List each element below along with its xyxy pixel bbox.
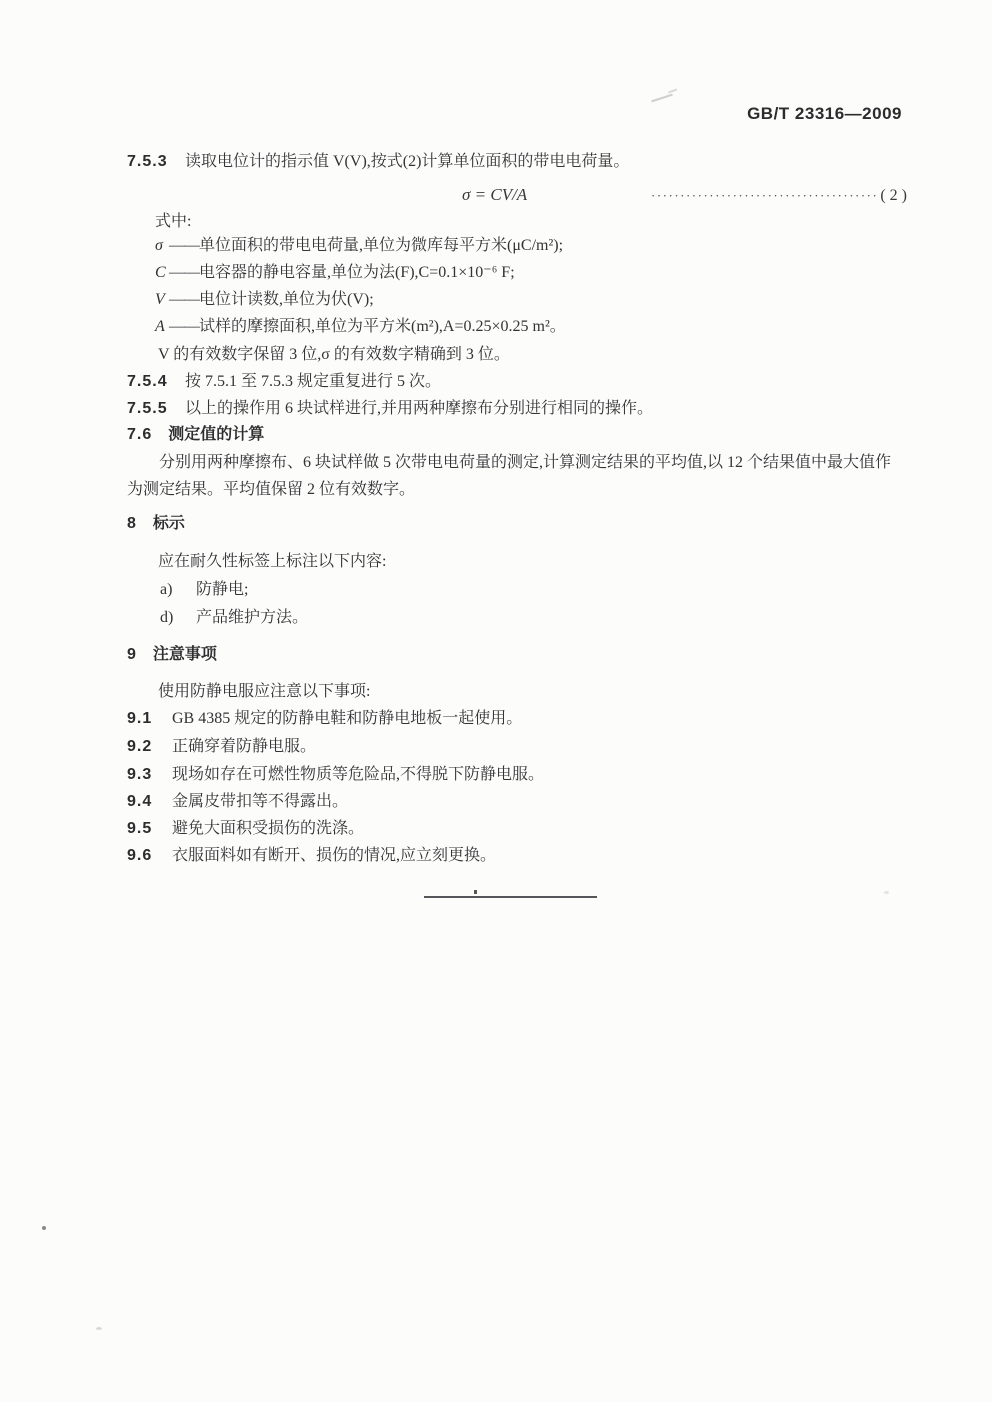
clause-9-2: 9.2正确穿着防静电服。	[127, 733, 907, 760]
clause-number: 9.6	[127, 842, 172, 869]
list-item-text: 防静电;	[196, 581, 248, 598]
list-item-label: d)	[160, 604, 196, 631]
term-voltage: V——电位计读数,单位为伏(V);	[127, 286, 907, 313]
clause-text: 按 7.5.1 至 7.5.3 规定重复进行 5 次。	[185, 373, 441, 390]
clause-9-4: 9.4金属皮带扣等不得露出。	[127, 788, 907, 815]
clause-number: 7.5.3	[127, 148, 173, 175]
clause-number: 7.5.5	[127, 395, 173, 422]
clause-text: 避免大面积受损伤的洗涤。	[172, 820, 364, 837]
clause-9-1: 9.1GB 4385 规定的防静电鞋和防静电地板一起使用。	[127, 705, 907, 732]
term-dash: ——	[169, 291, 199, 308]
scan-speck	[884, 891, 889, 894]
list-item-label: a)	[160, 576, 196, 603]
equation-expression: σ = CV/A	[462, 181, 527, 208]
section-title: 标示	[153, 515, 185, 532]
term-dash: ——	[169, 318, 199, 335]
heading-9: 9注意事项	[127, 641, 907, 668]
section-9-intro: 使用防静电服应注意以下事项:	[127, 678, 907, 705]
term-dash: ——	[169, 264, 199, 281]
clause-7-5-5: 7.5.5以上的操作用 6 块试样进行,并用两种摩擦布分别进行相同的操作。	[127, 395, 907, 422]
term-sigma: σ——单位面积的带电电荷量,单位为微库每平方米(μC/m²);	[127, 232, 907, 259]
list-item-a: a)防静电;	[127, 576, 907, 603]
term-symbol: σ	[155, 232, 169, 259]
clause-9-6: 9.6衣服面料如有断开、损伤的情况,应立刻更换。	[127, 842, 907, 869]
list-item-text: 产品维护方法。	[196, 609, 308, 626]
standard-number-header: GB/T 23316—2009	[747, 104, 902, 124]
divider-dot	[474, 890, 477, 894]
clause-text: 衣服面料如有断开、损伤的情况,应立刻更换。	[172, 847, 496, 864]
clause-text: 正确穿着防静电服。	[172, 738, 316, 755]
section-number: 9	[127, 641, 137, 668]
term-dash: ——	[169, 237, 199, 254]
section-number: 8	[127, 510, 137, 537]
clause-text: 金属皮带扣等不得露出。	[172, 793, 348, 810]
where-label: 式中:	[127, 208, 907, 235]
clause-text: 现场如存在可燃性物质等危险品,不得脱下防静电服。	[172, 766, 544, 783]
pencil-mark-artifact	[668, 89, 677, 93]
clause-text: 读取电位计的指示值 V(V),按式(2)计算单位面积的带电电荷量。	[185, 153, 629, 170]
equation-number: ( 2 )	[880, 182, 907, 209]
term-description: 电位计读数,单位为伏(V);	[199, 291, 374, 308]
section-8-intro: 应在耐久性标签上标注以下内容:	[127, 548, 907, 575]
term-capacitance: C——电容器的静电容量,单位为法(F),C=0.1×10⁻⁶ F;	[127, 259, 907, 286]
term-symbol: V	[155, 286, 169, 313]
clause-7-5-3: 7.5.3读取电位计的指示值 V(V),按式(2)计算单位面积的带电电荷量。	[127, 148, 907, 175]
term-symbol: A	[155, 313, 169, 340]
term-description: 电容器的静电容量,单位为法(F),C=0.1×10⁻⁶ F;	[199, 264, 515, 281]
list-item-d: d)产品维护方法。	[127, 604, 907, 631]
term-definitions: σ——单位面积的带电电荷量,单位为微库每平方米(μC/m²); C——电容器的静…	[127, 232, 907, 340]
clause-text: 以上的操作用 6 块试样进行,并用两种摩擦布分别进行相同的操作。	[185, 400, 653, 417]
scanned-standard-page: GB/T 23316—2009 7.5.3读取电位计的指示值 V(V),按式(2…	[0, 0, 992, 1402]
section-title: 注意事项	[153, 646, 217, 663]
term-description: 试样的摩擦面积,单位为平方米(m²),A=0.25×0.25 m²。	[199, 318, 566, 335]
clause-text: GB 4385 规定的防静电鞋和防静电地板一起使用。	[172, 710, 522, 727]
clause-number: 7.5.4	[127, 368, 173, 395]
term-symbol: C	[155, 259, 169, 286]
digits-note: V 的有效数字保留 3 位,σ 的有效数字精确到 3 位。	[127, 341, 907, 368]
clause-number: 9.3	[127, 761, 172, 788]
paragraph-7-6: 分别用两种摩擦布、6 块试样做 5 次带电电荷量的测定,计算测定结果的平均值,以…	[127, 449, 904, 503]
heading-7-6: 7.6测定值的计算	[127, 421, 907, 448]
clause-7-5-4: 7.5.4按 7.5.1 至 7.5.3 规定重复进行 5 次。	[127, 368, 907, 395]
clause-number: 9.5	[127, 815, 172, 842]
clause-number: 9.2	[127, 733, 172, 760]
clause-number: 9.1	[127, 705, 172, 732]
clause-9-5: 9.5避免大面积受损伤的洗涤。	[127, 815, 907, 842]
section-title: 测定值的计算	[168, 426, 264, 443]
clause-number: 9.4	[127, 788, 172, 815]
heading-8: 8标示	[127, 510, 907, 537]
scan-speck	[42, 1226, 46, 1230]
clause-9-3: 9.3现场如存在可燃性物质等危险品,不得脱下防静电服。	[127, 761, 907, 788]
term-area: A——试样的摩擦面积,单位为平方米(m²),A=0.25×0.25 m²。	[127, 313, 907, 340]
equation-2-row: σ = CV/A ·······························…	[127, 181, 907, 209]
dotted-leader: ·······································	[651, 182, 878, 209]
scan-speck	[96, 1327, 102, 1330]
end-of-document-divider	[424, 896, 597, 898]
term-description: 单位面积的带电电荷量,单位为微库每平方米(μC/m²);	[199, 237, 563, 254]
section-number: 7.6	[127, 421, 152, 448]
pencil-mark-artifact	[651, 94, 672, 102]
